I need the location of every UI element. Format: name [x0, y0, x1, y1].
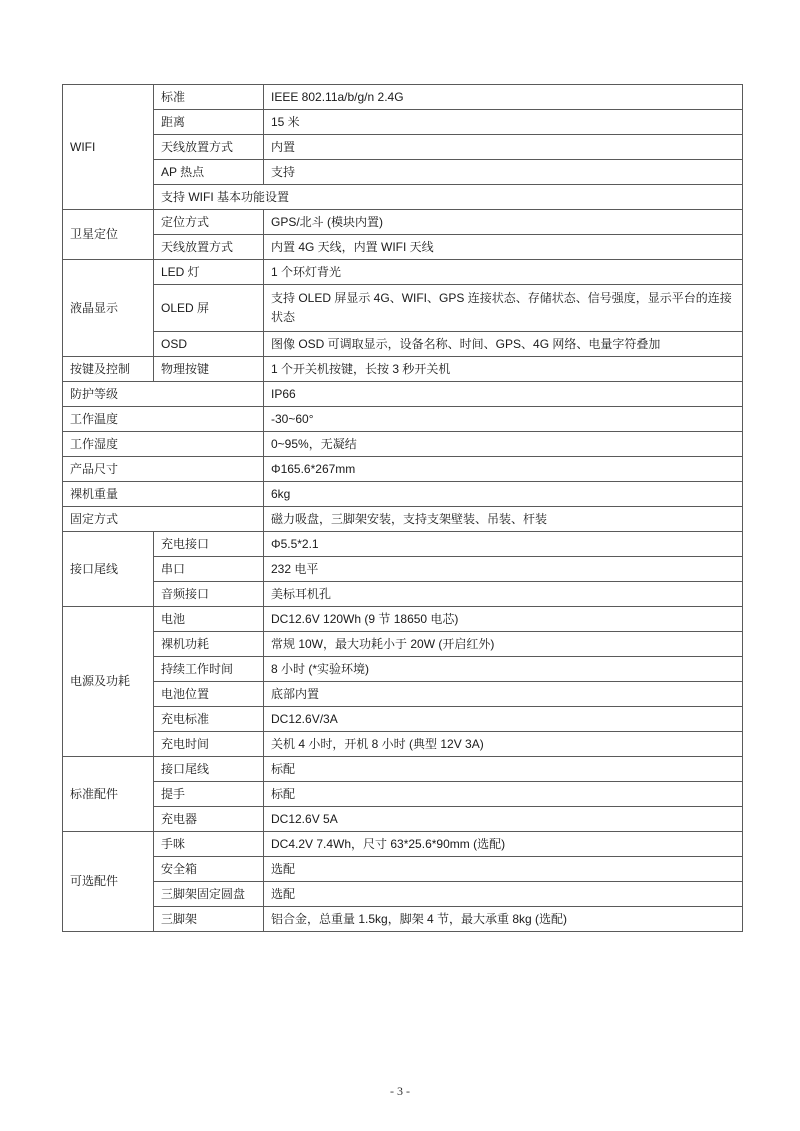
- table-row: OLED 屏 支持 OLED 屏显示 4G、WIFI、GPS 连接状态、存储状态…: [63, 285, 743, 332]
- label-cell: 标准: [154, 85, 264, 110]
- page-number: - 3 -: [0, 1084, 800, 1099]
- label-cell: 裸机功耗: [154, 632, 264, 657]
- label-cell: 充电接口: [154, 532, 264, 557]
- value-cell: 美标耳机孔: [264, 582, 743, 607]
- category-cell: 可选配件: [63, 832, 154, 932]
- table-row: 防护等级 IP66: [63, 382, 743, 407]
- label-cell: 物理按键: [154, 357, 264, 382]
- value-cell: 支持: [264, 160, 743, 185]
- label-cell: 三脚架固定圆盘: [154, 882, 264, 907]
- table-row: 三脚架 铝合金，总重量 1.5kg，脚架 4 节，最大承重 8kg (选配): [63, 907, 743, 932]
- label-cell: 电池: [154, 607, 264, 632]
- table-row: 安全箱 选配: [63, 857, 743, 882]
- label-cell: 提手: [154, 782, 264, 807]
- label-cell: 固定方式: [63, 507, 264, 532]
- value-cell: 选配: [264, 882, 743, 907]
- table-row: 按键及控制 物理按键 1 个开关机按键，长按 3 秒开关机: [63, 357, 743, 382]
- label-cell: 手咪: [154, 832, 264, 857]
- spec-table: WIFI 标准 IEEE 802.11a/b/g/n 2.4G 距离 15 米 …: [62, 84, 743, 932]
- table-row: 串口 232 电平: [63, 557, 743, 582]
- value-cell: 1 个开关机按键，长按 3 秒开关机: [264, 357, 743, 382]
- value-cell: 支持 OLED 屏显示 4G、WIFI、GPS 连接状态、存储状态、信号强度，显…: [264, 285, 743, 332]
- value-cell: 铝合金，总重量 1.5kg，脚架 4 节，最大承重 8kg (选配): [264, 907, 743, 932]
- table-row: 充电标准 DC12.6V/3A: [63, 707, 743, 732]
- value-cell: DC12.6V 120Wh (9 节 18650 电芯): [264, 607, 743, 632]
- table-row: 音频接口 美标耳机孔: [63, 582, 743, 607]
- label-cell: 裸机重量: [63, 482, 264, 507]
- table-row: 固定方式 磁力吸盘，三脚架安装，支持支架壁装、吊装、杆装: [63, 507, 743, 532]
- table-row: 支持 WIFI 基本功能设置: [63, 185, 743, 210]
- table-row: 卫星定位 定位方式 GPS/北斗 (模块内置): [63, 210, 743, 235]
- label-cell: 定位方式: [154, 210, 264, 235]
- label-cell: 工作湿度: [63, 432, 264, 457]
- table-row: 三脚架固定圆盘 选配: [63, 882, 743, 907]
- table-row: AP 热点 支持: [63, 160, 743, 185]
- value-cell: 15 米: [264, 110, 743, 135]
- value-cell: 常规 10W，最大功耗小于 20W (开启红外): [264, 632, 743, 657]
- value-cell: 选配: [264, 857, 743, 882]
- label-cell: AP 热点: [154, 160, 264, 185]
- label-cell: 持续工作时间: [154, 657, 264, 682]
- table-row: 工作湿度 0~95%，无凝结: [63, 432, 743, 457]
- value-cell: 8 小时 (*实验环境): [264, 657, 743, 682]
- table-row: 充电时间 关机 4 小时，开机 8 小时 (典型 12V 3A): [63, 732, 743, 757]
- table-row: OSD 图像 OSD 可调取显示，设备名称、时间、GPS、4G 网络、电量字符叠…: [63, 332, 743, 357]
- document-page: WIFI 标准 IEEE 802.11a/b/g/n 2.4G 距离 15 米 …: [0, 0, 800, 1131]
- label-cell: 串口: [154, 557, 264, 582]
- table-row: 接口尾线 充电接口 Φ5.5*2.1: [63, 532, 743, 557]
- label-cell: 距离: [154, 110, 264, 135]
- label-cell: 电池位置: [154, 682, 264, 707]
- value-cell: 6kg: [264, 482, 743, 507]
- value-cell: DC4.2V 7.4Wh，尺寸 63*25.6*90mm (选配): [264, 832, 743, 857]
- label-cell: 充电标准: [154, 707, 264, 732]
- label-cell: 工作温度: [63, 407, 264, 432]
- label-cell: 天线放置方式: [154, 235, 264, 260]
- label-cell: 音频接口: [154, 582, 264, 607]
- label-cell: 产品尺寸: [63, 457, 264, 482]
- value-cell: GPS/北斗 (模块内置): [264, 210, 743, 235]
- label-cell: 防护等级: [63, 382, 264, 407]
- value-cell: -30~60°: [264, 407, 743, 432]
- category-cell: 标准配件: [63, 757, 154, 832]
- label-cell: 接口尾线: [154, 757, 264, 782]
- category-cell: 接口尾线: [63, 532, 154, 607]
- category-cell: WIFI: [63, 85, 154, 210]
- value-cell: 内置 4G 天线，内置 WIFI 天线: [264, 235, 743, 260]
- value-cell: 底部内置: [264, 682, 743, 707]
- category-cell: 卫星定位: [63, 210, 154, 260]
- table-row: 裸机功耗 常规 10W，最大功耗小于 20W (开启红外): [63, 632, 743, 657]
- value-cell: IEEE 802.11a/b/g/n 2.4G: [264, 85, 743, 110]
- label-cell: LED 灯: [154, 260, 264, 285]
- table-row: 天线放置方式 内置 4G 天线，内置 WIFI 天线: [63, 235, 743, 260]
- value-cell: 标配: [264, 782, 743, 807]
- category-cell: 按键及控制: [63, 357, 154, 382]
- value-cell: IP66: [264, 382, 743, 407]
- value-cell: 内置: [264, 135, 743, 160]
- table-row: WIFI 标准 IEEE 802.11a/b/g/n 2.4G: [63, 85, 743, 110]
- table-row: 天线放置方式 内置: [63, 135, 743, 160]
- value-cell: 232 电平: [264, 557, 743, 582]
- table-row: 工作温度 -30~60°: [63, 407, 743, 432]
- label-cell: OSD: [154, 332, 264, 357]
- label-cell: 充电时间: [154, 732, 264, 757]
- label-cell: 支持 WIFI 基本功能设置: [154, 185, 743, 210]
- value-cell: DC12.6V/3A: [264, 707, 743, 732]
- value-cell: 1 个环灯背光: [264, 260, 743, 285]
- value-cell: DC12.6V 5A: [264, 807, 743, 832]
- label-cell: 充电器: [154, 807, 264, 832]
- label-cell: 天线放置方式: [154, 135, 264, 160]
- value-cell: Φ165.6*267mm: [264, 457, 743, 482]
- value-cell: Φ5.5*2.1: [264, 532, 743, 557]
- value-cell: 图像 OSD 可调取显示，设备名称、时间、GPS、4G 网络、电量字符叠加: [264, 332, 743, 357]
- table-row: 充电器 DC12.6V 5A: [63, 807, 743, 832]
- table-row: 标准配件 接口尾线 标配: [63, 757, 743, 782]
- table-row: 电源及功耗 电池 DC12.6V 120Wh (9 节 18650 电芯): [63, 607, 743, 632]
- value-cell: 0~95%，无凝结: [264, 432, 743, 457]
- label-cell: 安全箱: [154, 857, 264, 882]
- table-row: 持续工作时间 8 小时 (*实验环境): [63, 657, 743, 682]
- value-cell: 标配: [264, 757, 743, 782]
- table-row: 电池位置 底部内置: [63, 682, 743, 707]
- table-row: 提手 标配: [63, 782, 743, 807]
- table-row: 产品尺寸 Φ165.6*267mm: [63, 457, 743, 482]
- category-cell: 电源及功耗: [63, 607, 154, 757]
- label-cell: 三脚架: [154, 907, 264, 932]
- table-row: 裸机重量 6kg: [63, 482, 743, 507]
- table-row: 可选配件 手咪 DC4.2V 7.4Wh，尺寸 63*25.6*90mm (选配…: [63, 832, 743, 857]
- table-row: 距离 15 米: [63, 110, 743, 135]
- label-cell: OLED 屏: [154, 285, 264, 332]
- value-cell: 磁力吸盘，三脚架安装，支持支架壁装、吊装、杆装: [264, 507, 743, 532]
- category-cell: 液晶显示: [63, 260, 154, 357]
- value-cell: 关机 4 小时，开机 8 小时 (典型 12V 3A): [264, 732, 743, 757]
- table-row: 液晶显示 LED 灯 1 个环灯背光: [63, 260, 743, 285]
